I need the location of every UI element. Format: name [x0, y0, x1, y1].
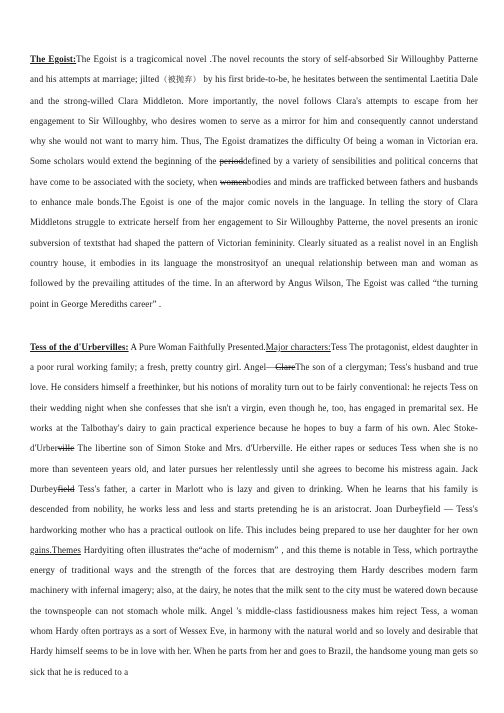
text-run: Tess's father, a carter in Marlott who i…: [30, 484, 478, 535]
paragraph-tess: Tess of the d'Urbervilles: A Pure Woman …: [30, 337, 478, 682]
egoist-heading: The Egoist:: [30, 54, 76, 64]
themes-label: gains.Themes: [30, 545, 81, 555]
major-characters-label: Major characters:: [266, 342, 331, 352]
tess-heading: Tess of the d'Urbervilles:: [30, 342, 129, 352]
text-run: bodies and minds are trafficked between …: [30, 177, 478, 309]
chinese-gloss: （被抛弃）: [159, 75, 201, 84]
paragraph-egoist: The Egoist:The Egoist is a tragicomical …: [30, 49, 478, 314]
struck-text: Clare: [275, 362, 295, 372]
text-run: The son of a clergyman; Tess's husband a…: [30, 362, 478, 453]
struck-text: ville: [58, 443, 75, 453]
text-run: A Pure Woman Faithfully Presented.: [129, 342, 266, 352]
document-page: The Egoist:The Egoist is a tragicomical …: [0, 0, 504, 713]
text-run: by his first bride-to-be, he hesitates b…: [30, 74, 478, 166]
struck-text: women: [220, 177, 247, 187]
struck-text: period: [219, 156, 243, 166]
text-run: Hardyiting often illustrates the“ache of…: [30, 545, 478, 677]
struck-text: field: [58, 484, 75, 494]
